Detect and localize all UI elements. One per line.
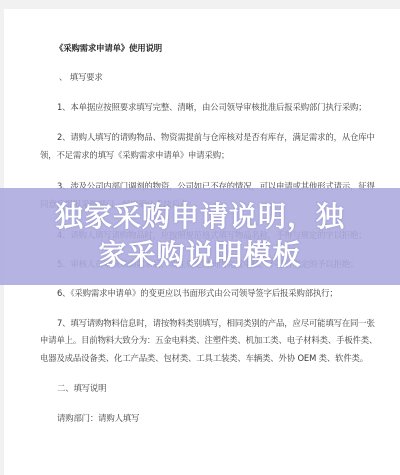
- overlay-title-line1: 独家采购申请说明，独: [0, 198, 400, 236]
- section-heading-requirements: 、 填写要求: [59, 72, 103, 83]
- overlay-title: 独家采购申请说明，独 家采购说明模板: [0, 198, 400, 274]
- overlay-title-line2: 家采购说明模板: [0, 236, 400, 274]
- section-heading-instructions: 二、填写说明: [57, 383, 106, 394]
- list-item-continuation: 领，不足需求的填写《采购需求申请单》申请采购；: [40, 150, 229, 161]
- list-item: 1、本单据应按照要求填写完整、清晰，由公司领导审核批准后报采购部门执行采购；: [57, 102, 367, 113]
- list-item: 2、请购人填写的请购物品、物资需提前与仓库核对是否有库存，满足需求的，从仓库中: [57, 132, 375, 143]
- field-note: 请购部门：请购人填写: [57, 413, 139, 424]
- list-item-continuation: 申请单上。目前物料大致分为：五金电料类、注塑件类、机加工类、电子材料类、手板件类…: [40, 335, 377, 346]
- list-item: 7、填写请购物料信息时，请按物料类别填写，相同类别的产品，应尽可能填写在同一张: [57, 318, 375, 329]
- document-title: 《采购需求申请单》使用说明: [55, 43, 162, 54]
- list-item: 6、《采购需求申请单》的变更应以书面形式由公司领导签字后报采购部执行；: [57, 288, 338, 299]
- list-item-continuation: 电器及成品设备类、化工产品类、包材类、工具工装类、车辆类、外协 OEM 类、软件…: [40, 353, 368, 364]
